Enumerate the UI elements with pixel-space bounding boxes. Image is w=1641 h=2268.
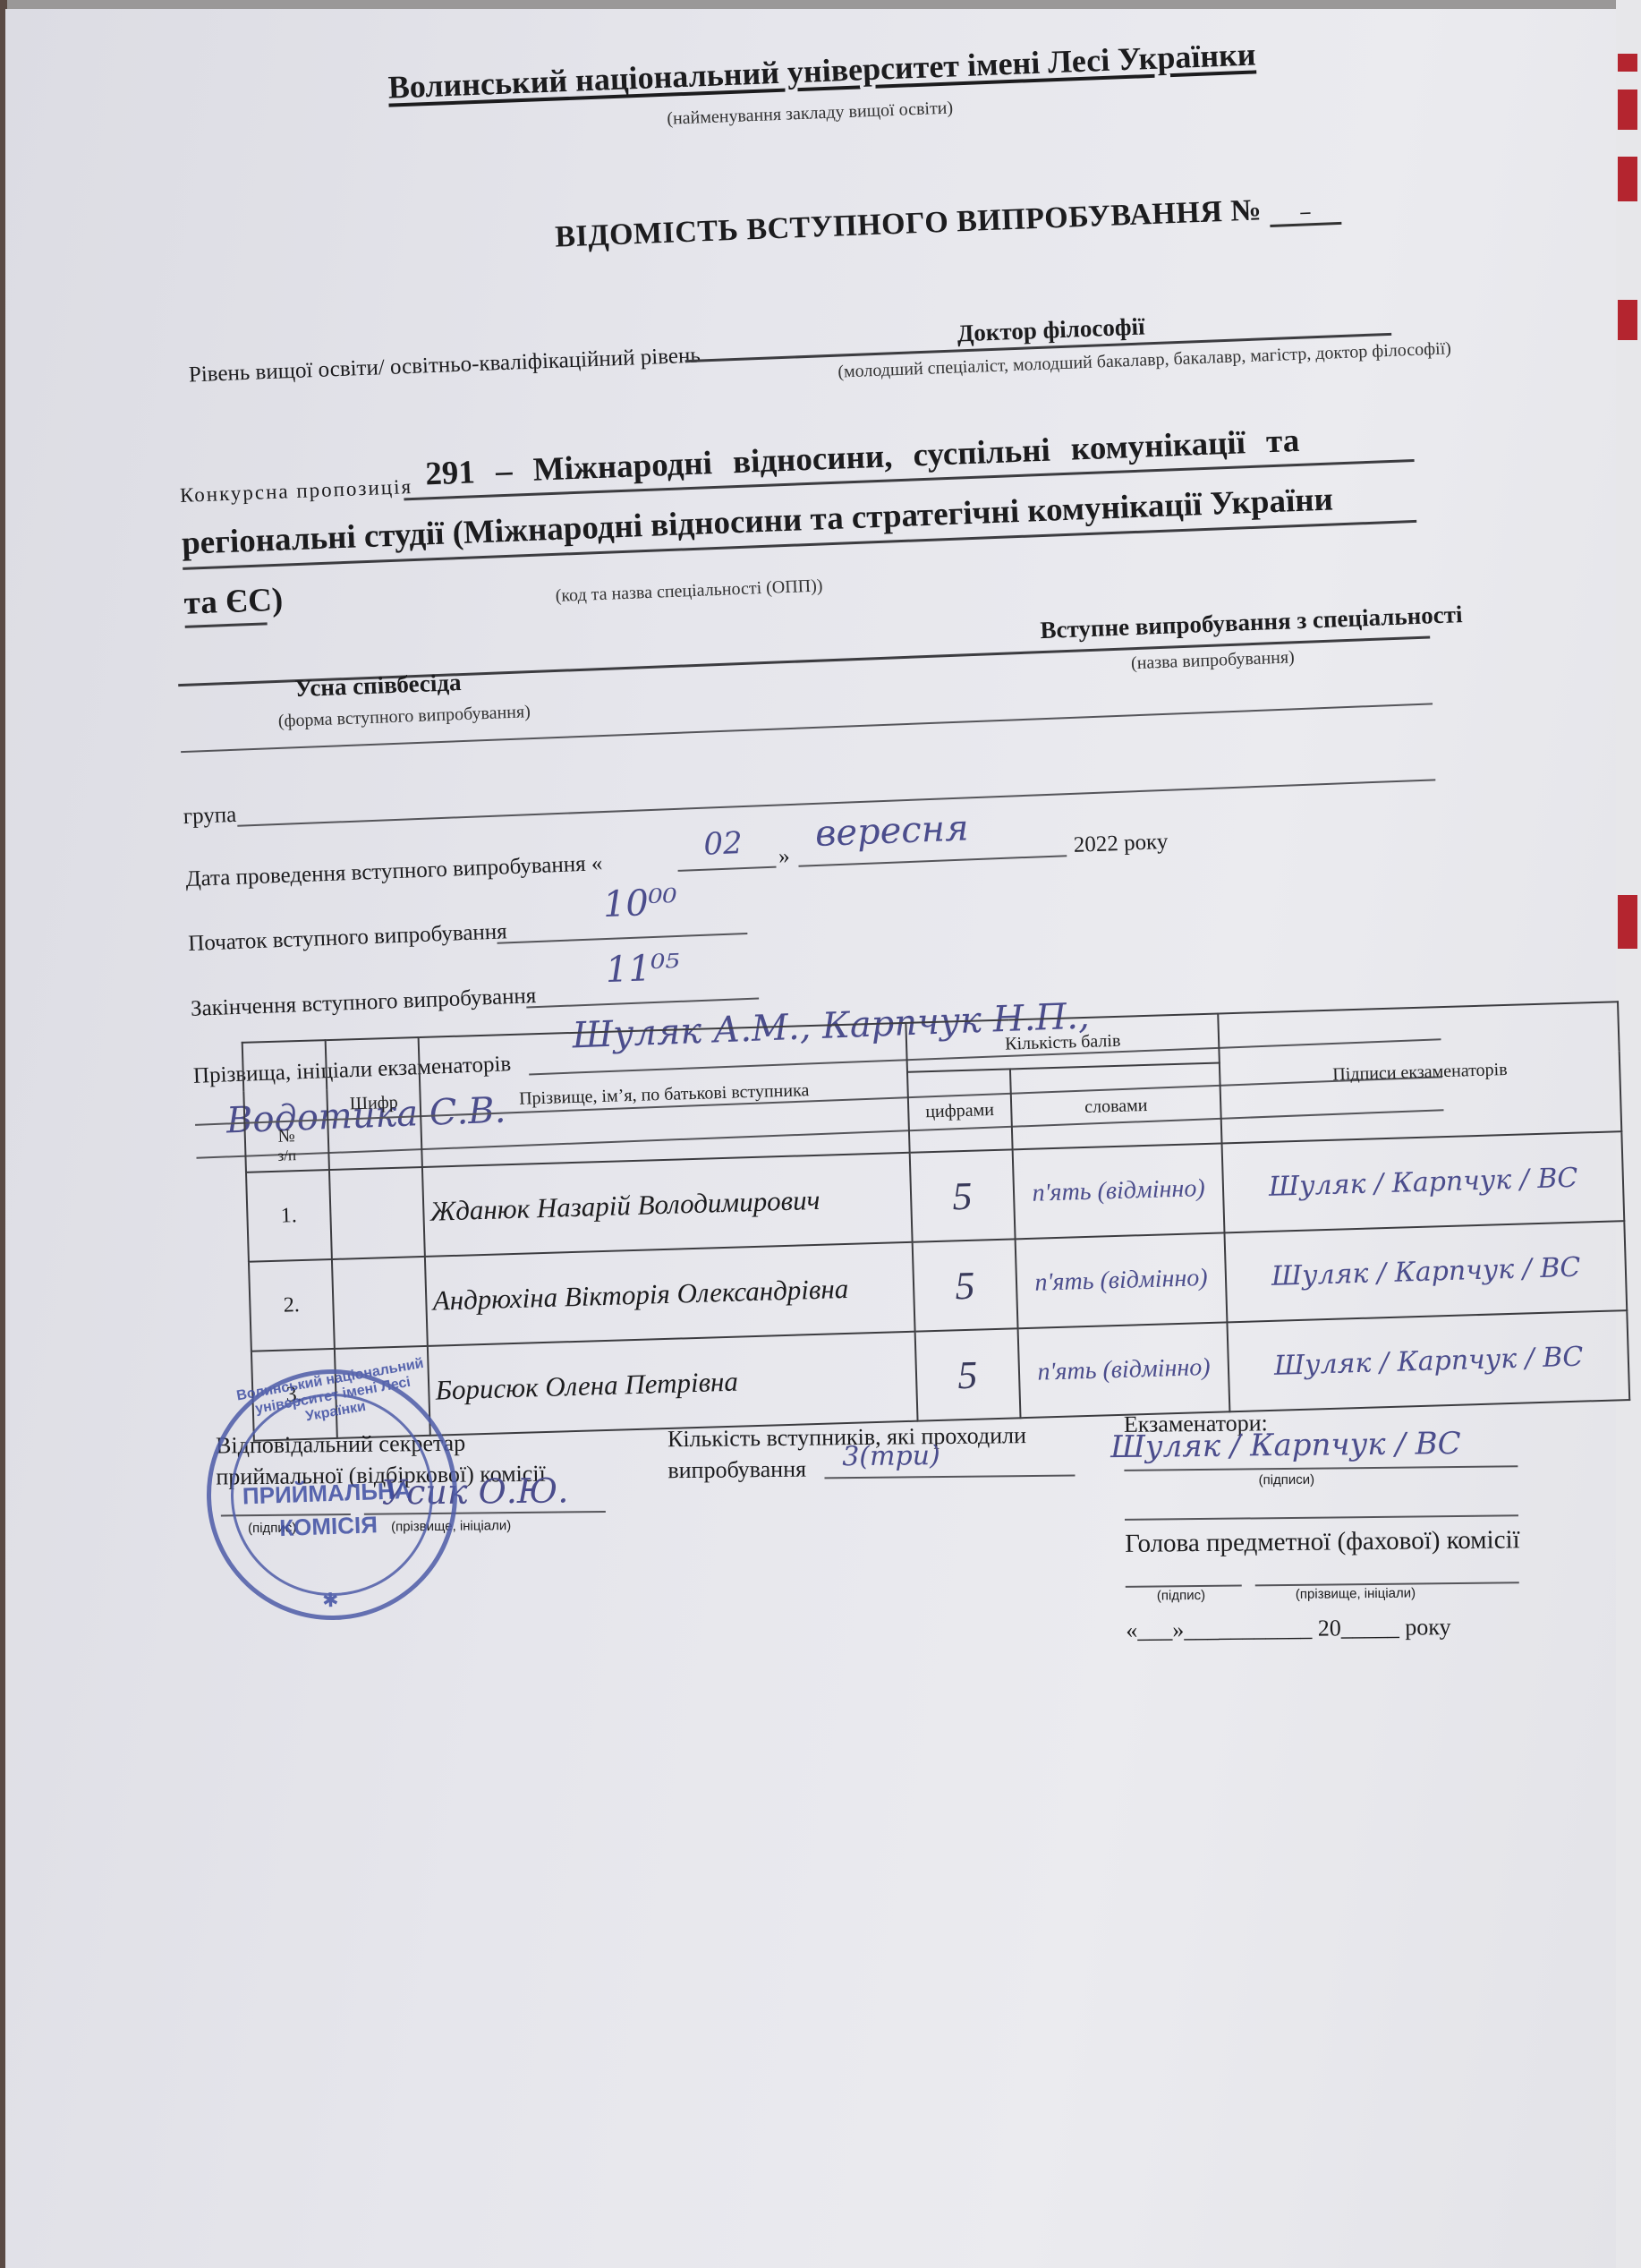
- head-name-field[interactable]: [1125, 1514, 1518, 1521]
- stamp-star-icon: ✱: [322, 1589, 339, 1613]
- paper-sheet: Волинський національний університет імен…: [5, 9, 1616, 2268]
- stamp-center-line2: КОМІСІЯ: [279, 1511, 378, 1542]
- footer-section: Відповідальний секретар приймальної (від…: [0, 0, 1625, 2268]
- red-print-mark: [1618, 90, 1637, 130]
- examiners-signatures: Шуляк / Карпчук / ВС: [1110, 1426, 1461, 1465]
- examiners-caption: (підписи): [1258, 1472, 1314, 1488]
- head-date-line: «___»___________ 20_____ року: [1126, 1614, 1451, 1644]
- red-print-mark: [1618, 54, 1637, 72]
- red-print-mark: [1618, 300, 1637, 340]
- count-value: 3(три): [842, 1440, 940, 1472]
- head-title: Голова предметної (фахової) комісії: [1125, 1525, 1520, 1559]
- red-print-mark: [1618, 157, 1637, 201]
- examiners-signature-field[interactable]: [1124, 1465, 1518, 1471]
- red-print-mark: [1618, 895, 1637, 949]
- stamp-center-line1: ПРИЙМАЛЬНА: [242, 1477, 412, 1511]
- head-name-caption: (прізвище, ініціали): [1296, 1586, 1416, 1602]
- head-sig-caption: (підпис): [1157, 1588, 1205, 1604]
